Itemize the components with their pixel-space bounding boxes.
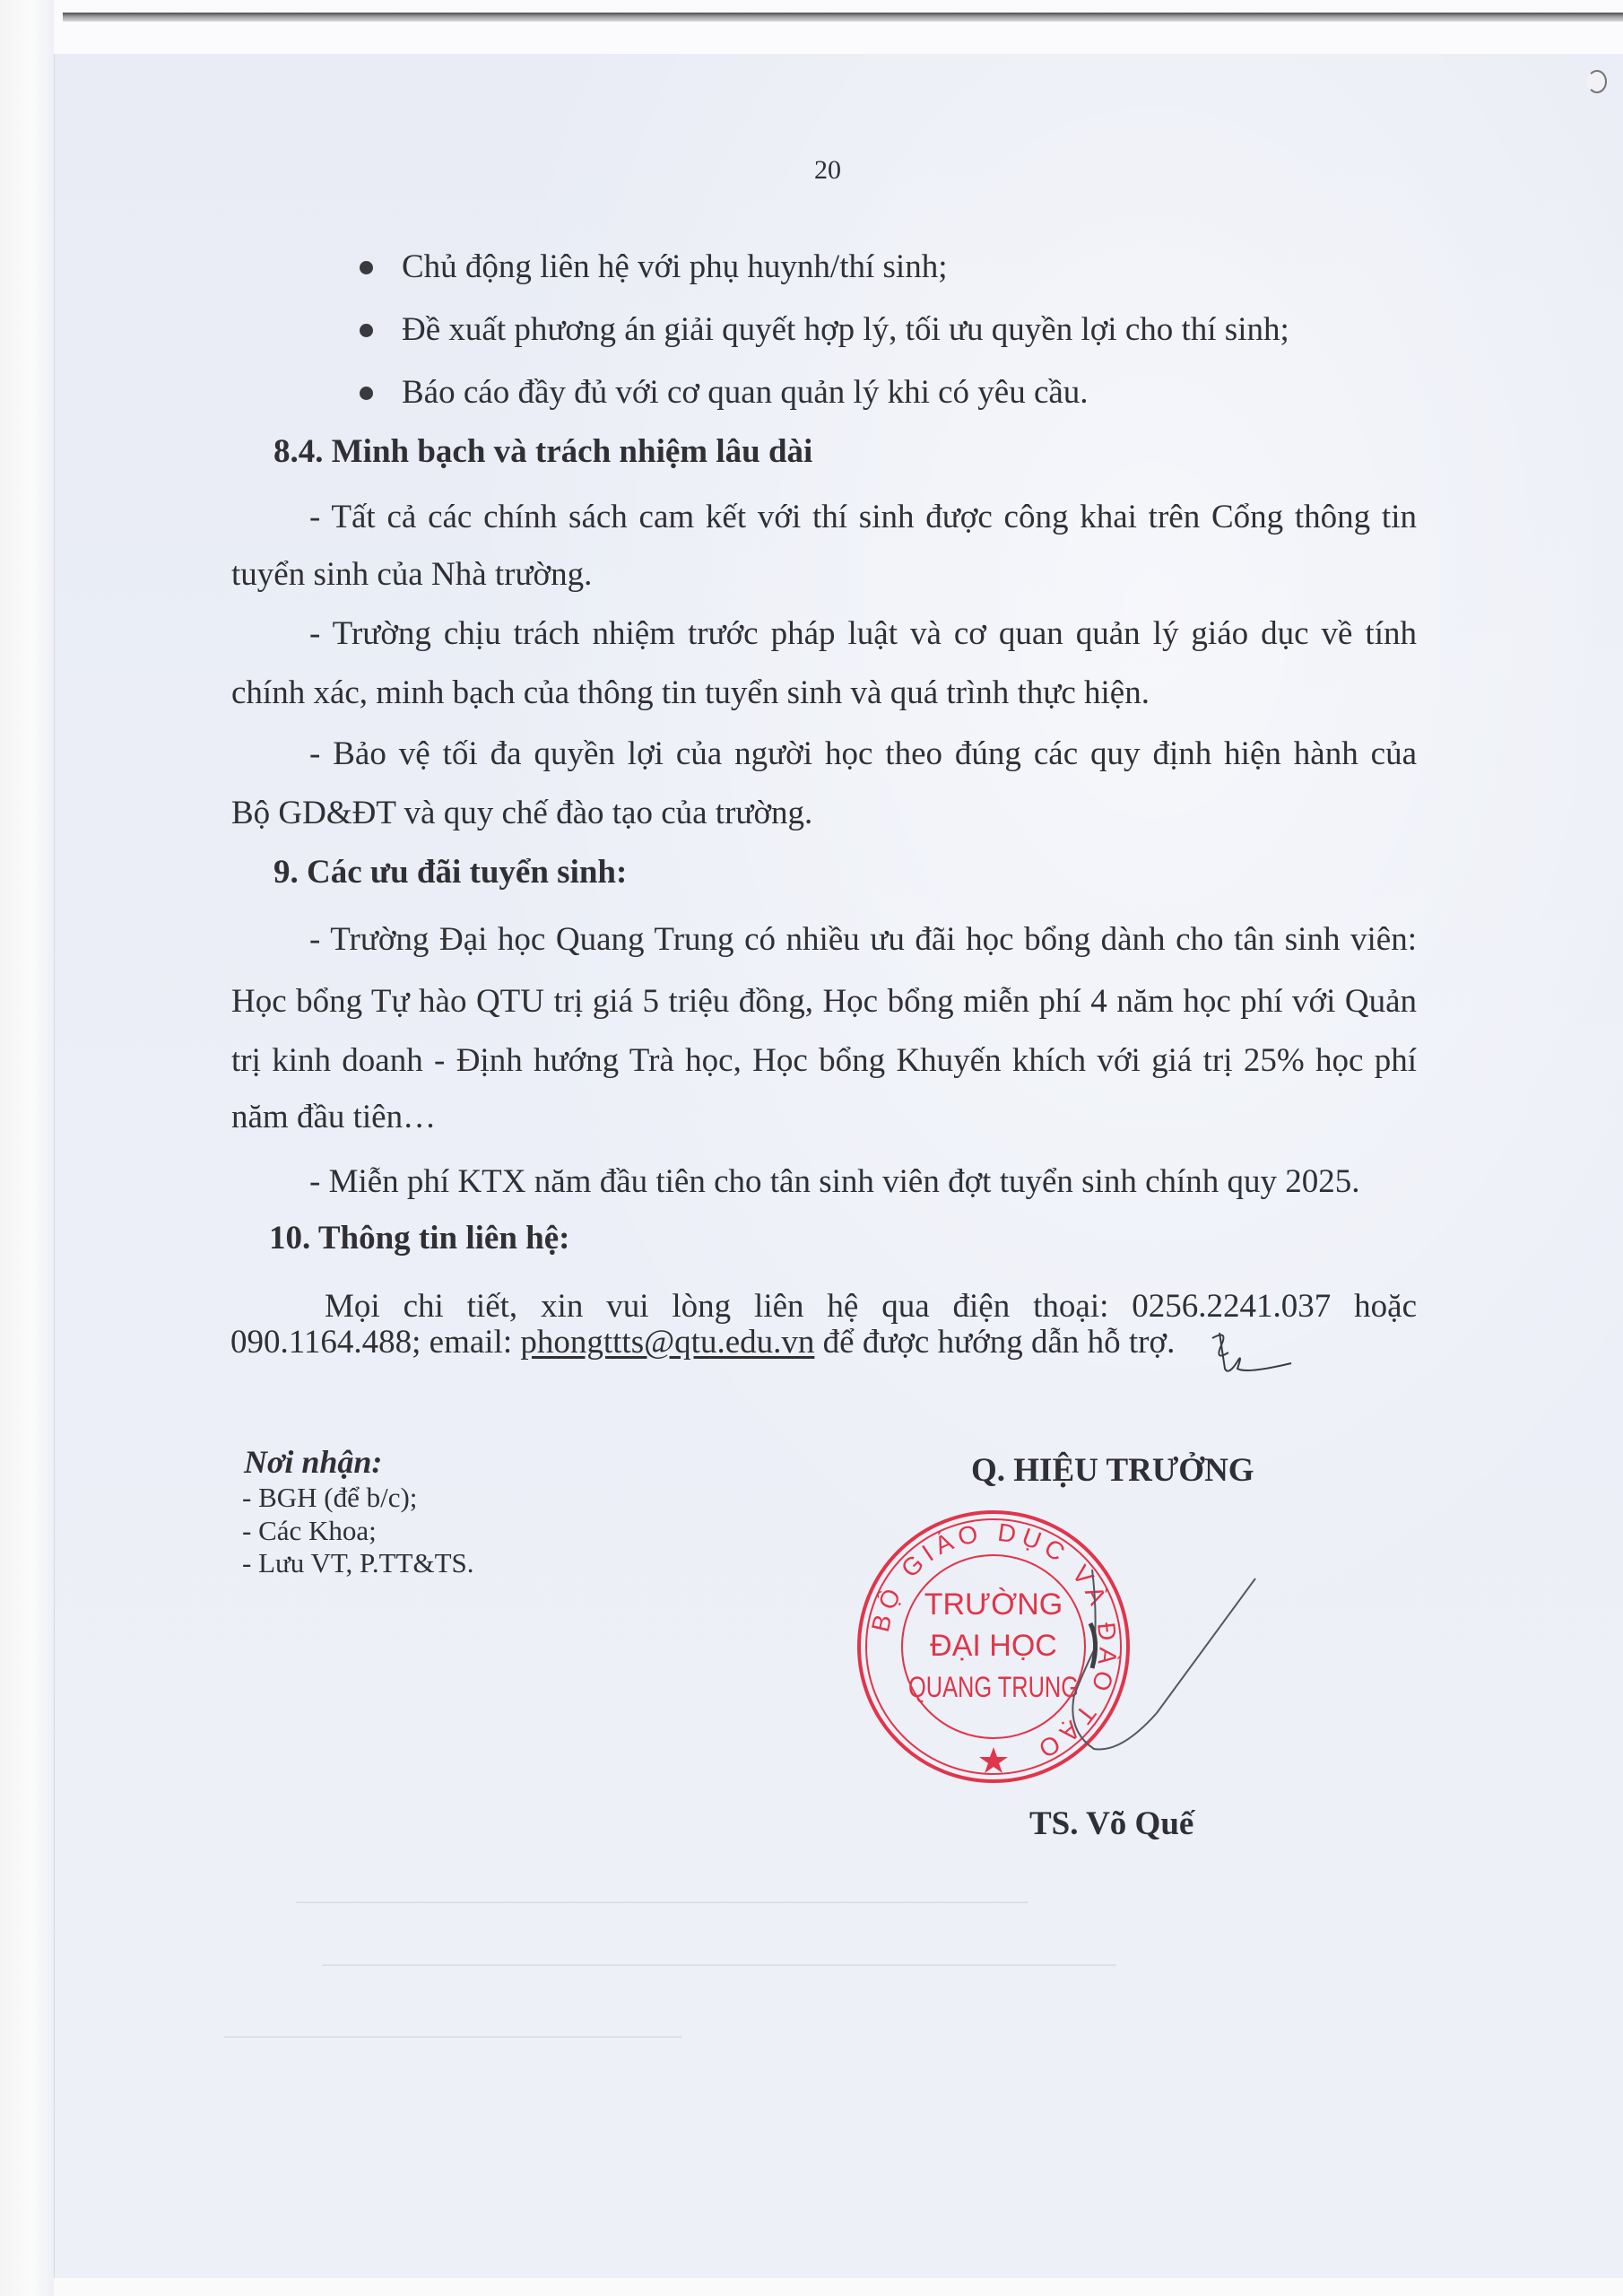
signer-name: TS. Võ Quế <box>1029 1805 1193 1844</box>
section-heading-10: 10. Thông tin liên hệ: <box>269 1219 569 1258</box>
stamp-inner-line: QUANG TRUNG <box>908 1671 1079 1703</box>
paragraph-line: - Tất cả các chính sách cam kết với thí … <box>309 498 1417 537</box>
punch-hole <box>1587 70 1607 93</box>
paragraph-line: - Trường chịu trách nhiệm trước pháp luậ… <box>309 614 1417 654</box>
bullet-item: Báo cáo đầy đủ với cơ quan quản lý khi c… <box>402 373 1089 413</box>
paragraph-line: - Bảo vệ tối đa quyền lợi của người học … <box>309 735 1417 774</box>
bullet-item: Chủ động liên hệ với phụ huynh/thí sinh; <box>402 248 947 287</box>
bullet-item: Đề xuất phương án giải quyết hợp lý, tối… <box>402 310 1289 350</box>
paragraph-line: năm đầu tiên… <box>231 1098 436 1137</box>
official-stamp: BỘ GIÁO DỤC VÀ ĐÀO TẠO TRƯỜNG ĐẠI HỌC QU… <box>852 1505 1135 1788</box>
recipient-item: - BGH (để b/c); <box>242 1482 417 1514</box>
stamp-star-icon <box>979 1747 1008 1773</box>
email-link[interactable]: phongttts@qtu.edu.vn <box>520 1324 814 1361</box>
scan-top-edge <box>63 13 1623 22</box>
contact-suffix-text: để được hướng dẫn hỗ trợ. <box>814 1324 1175 1361</box>
bullet-dot-icon <box>360 261 373 274</box>
paragraph-line: tuyển sinh của Nhà trường. <box>231 555 592 595</box>
stamp-inner-line: ĐẠI HỌC <box>930 1629 1057 1663</box>
stamp-inner-line: TRƯỜNG <box>924 1587 1063 1622</box>
paragraph-line: chính xác, minh bạch của thông tin tuyển… <box>231 674 1150 713</box>
section-heading-9: 9. Các ưu đãi tuyển sinh: <box>273 853 627 892</box>
bleed-through-text: —————————————————————————— <box>323 1946 1115 1980</box>
page-number: 20 <box>814 151 841 190</box>
bleed-through-text: ———————————————————————— <box>296 1883 1028 1918</box>
paragraph-line: Học bổng Tự hào QTU trị giá 5 triệu đồng… <box>231 982 1417 1022</box>
recipient-item: - Các Khoa; <box>242 1515 377 1547</box>
paragraph-line: Bộ GD&ĐT và quy chế đào tạo của trường. <box>231 794 812 833</box>
contact-line: Mọi chi tiết, xin vui lòng liên hệ qua đ… <box>325 1287 1417 1326</box>
paragraph-line: - Miễn phí KTX năm đầu tiên cho tân sinh… <box>309 1162 1360 1202</box>
scan-left-margin <box>0 0 54 2296</box>
recipients-title: Nơi nhận: <box>244 1442 382 1482</box>
scan-bottom-edge <box>54 2278 1623 2296</box>
contact-line: 090.1164.488; email: phongttts@qtu.edu.v… <box>230 1323 1175 1362</box>
bullet-dot-icon <box>360 387 373 400</box>
contact-phone-text: 090.1164.488; email: <box>230 1324 520 1361</box>
bleed-through-text: ——————————————— <box>224 2018 681 2052</box>
recipient-item: - Lưu VT, P.TT&TS. <box>242 1547 474 1579</box>
paragraph-line: - Trường Đại học Quang Trung có nhiều ưu… <box>309 920 1417 960</box>
paragraph-line: trị kinh doanh - Định hướng Trà học, Học… <box>231 1041 1417 1081</box>
signature-title: Q. HIỆU TRƯỞNG <box>971 1451 1254 1491</box>
bullet-dot-icon <box>360 324 373 337</box>
section-heading-8-4: 8.4. Minh bạch và trách nhiệm lâu dài <box>273 432 812 472</box>
